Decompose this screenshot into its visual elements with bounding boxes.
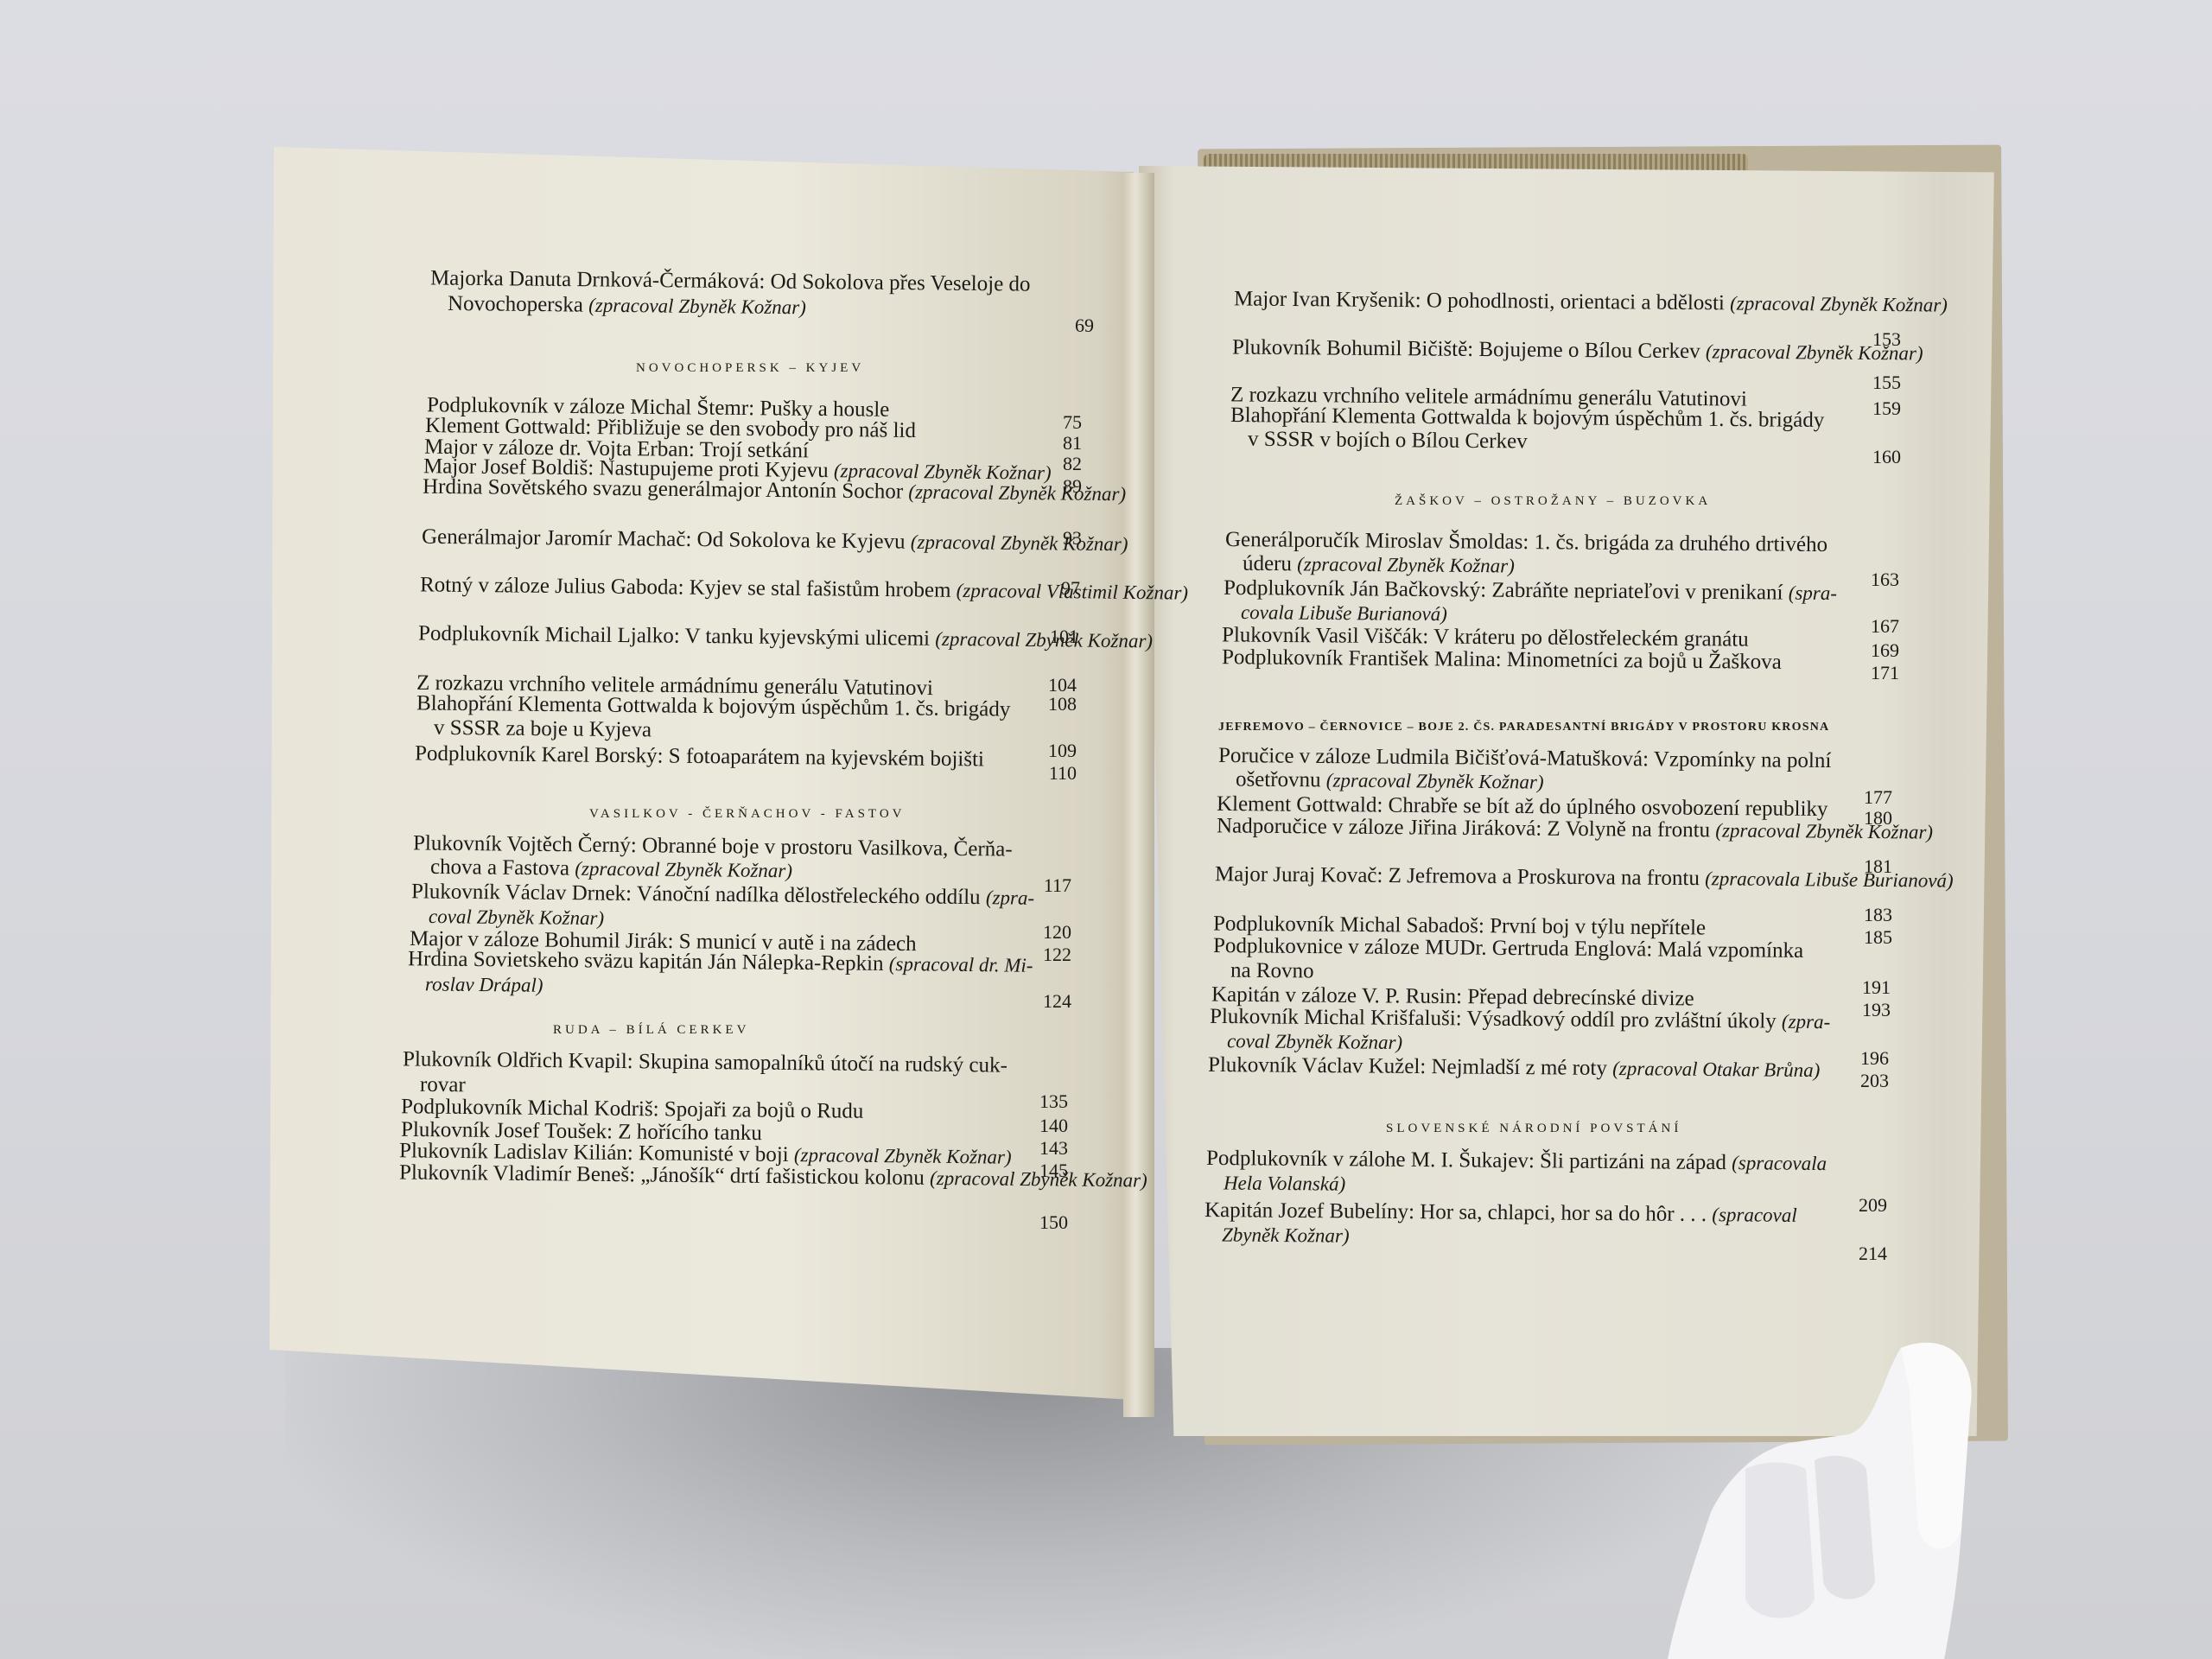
page-number: 209 xyxy=(1835,1194,1887,1217)
page-number: 124 xyxy=(1020,990,1071,1013)
toc-entry-cont: roslav Drápal) xyxy=(408,972,543,998)
page-number: 191 xyxy=(1839,976,1891,999)
page-number: 167 xyxy=(1847,615,1899,638)
toc-entry-cont: rovar xyxy=(403,1073,466,1098)
section-heading: Ruda – Bílá Cerkev xyxy=(553,1023,749,1038)
toc-entry-cont: v SSSR za boje u Kyjeva xyxy=(416,716,652,743)
page-number: 196 xyxy=(1837,1047,1889,1070)
page-number: 69 xyxy=(1042,315,1094,337)
page-number: 163 xyxy=(1847,569,1899,591)
toc-entry-cont: Hela Volanská) xyxy=(1206,1171,1345,1196)
toc-entry-cont: úderu (zpracoval Zbyněk Kožnar) xyxy=(1225,552,1515,579)
toc-entry-cont: coval Zbyněk Kožnar) xyxy=(1210,1029,1402,1055)
page-number: 159 xyxy=(1849,397,1901,420)
toc-entry-cont: chova a Fastova (zpracoval Zbyněk Kožnar… xyxy=(413,855,792,884)
toc-entry-cont: ošetřovnu (zpracoval Zbyněk Kožnar) xyxy=(1218,767,1544,794)
section-heading: Novochopersk – Kyjev xyxy=(636,361,864,376)
toc-entry-cont: Novochoperska (zpracoval Zbyněk Kožnar) xyxy=(430,292,806,321)
page-number: 203 xyxy=(1837,1070,1889,1092)
page-number: 143 xyxy=(1016,1137,1068,1160)
section-heading: Jefremovo – Černovice – boje 2. čs. para… xyxy=(1218,721,1829,734)
page-number: 160 xyxy=(1849,446,1901,468)
page-number: 214 xyxy=(1835,1243,1887,1265)
section-heading: Žaškov – Ostrožany – Buzovka xyxy=(1395,494,1711,509)
white-glove-hand xyxy=(1616,1339,2005,1659)
page-number: 183 xyxy=(1840,904,1892,926)
toc-entry-cont: v SSSR v bojích o Bílou Cerkev xyxy=(1230,428,1528,454)
page-number: 169 xyxy=(1847,639,1899,662)
page-number: 193 xyxy=(1839,999,1891,1021)
section-heading: Vasilkov - Čerňachov - Fastov xyxy=(589,807,905,822)
toc-entry: Podplukovník František Malina: Minometní… xyxy=(1222,645,1782,675)
toc-entry-cont: covala Libuše Burianová) xyxy=(1224,601,1447,626)
page-number: 109 xyxy=(1025,740,1077,762)
page-number: 108 xyxy=(1025,693,1077,715)
page-number: 81 xyxy=(1030,432,1082,454)
page-number: 135 xyxy=(1016,1090,1068,1113)
book-gutter xyxy=(1123,173,1154,1417)
page-number: 110 xyxy=(1025,762,1077,785)
left-page xyxy=(270,147,1134,1400)
page-number: 75 xyxy=(1030,411,1082,434)
page-number: 155 xyxy=(1849,372,1901,394)
page-number: 150 xyxy=(1016,1211,1068,1234)
page-number: 185 xyxy=(1840,926,1892,949)
toc-entry-cont: Zbyněk Kožnar) xyxy=(1205,1223,1350,1248)
page-number: 140 xyxy=(1016,1115,1068,1137)
page-number: 177 xyxy=(1840,786,1892,809)
section-heading: Slovenské národní povstání xyxy=(1386,1122,1681,1136)
page-number: 171 xyxy=(1847,662,1899,684)
page-number: 120 xyxy=(1020,921,1071,944)
toc-entry-cont: na Rovno xyxy=(1213,958,1314,983)
